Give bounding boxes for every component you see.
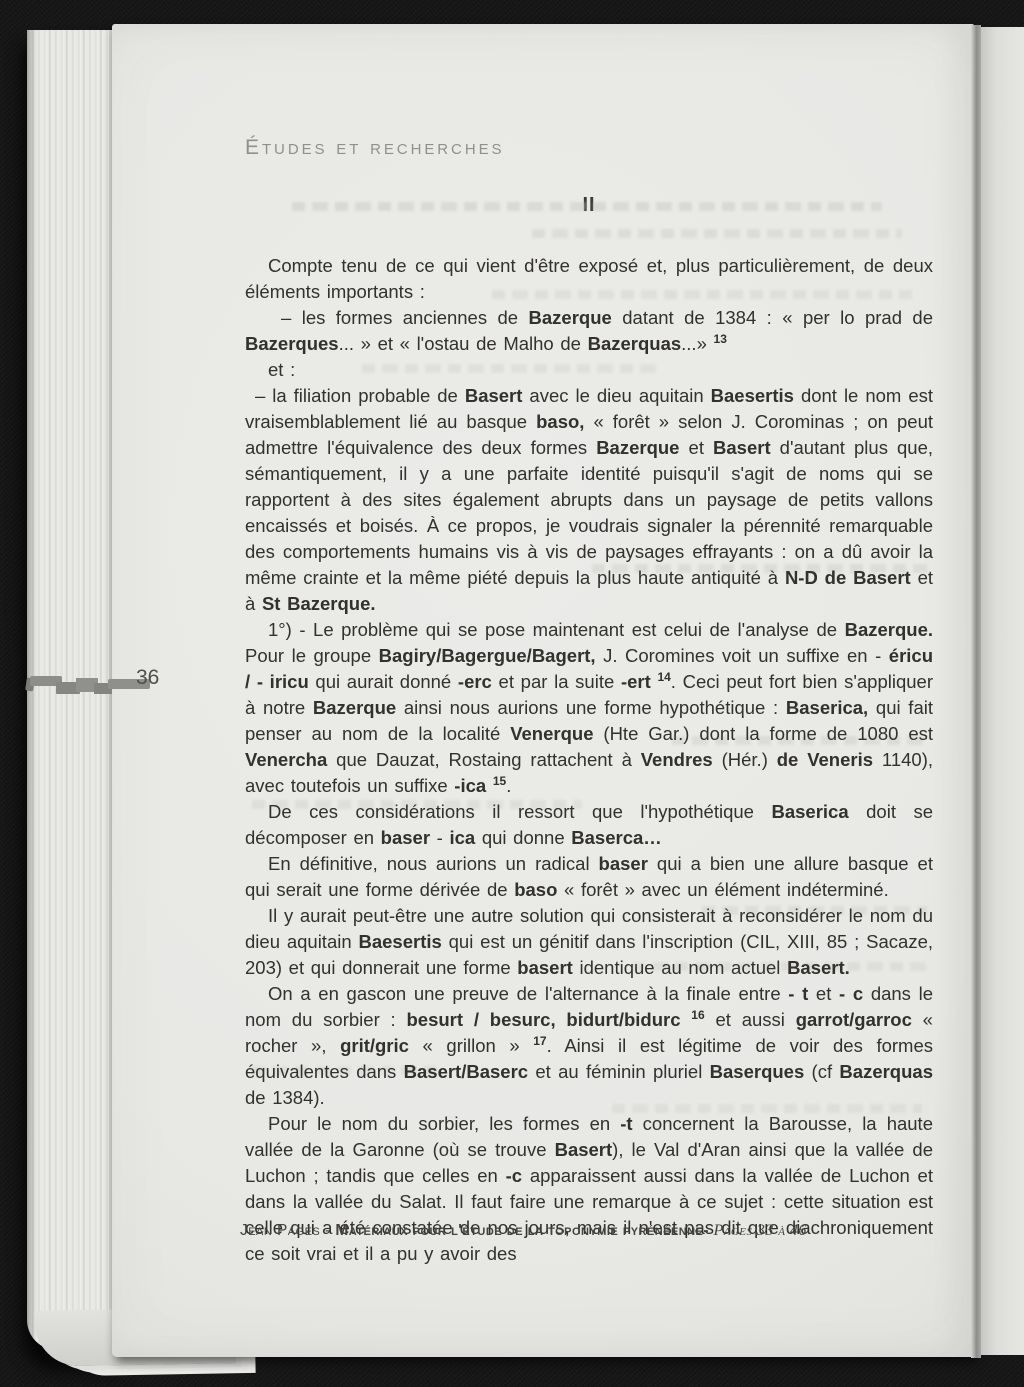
footnote-reference: 13	[714, 332, 727, 346]
text-run: Basert	[465, 385, 523, 406]
footnote-reference: 15	[493, 774, 506, 788]
paragraph: On a en gascon une preuve de l'alternanc…	[245, 981, 933, 1111]
paragraph: En définitive, nous aurions un radical b…	[245, 851, 933, 903]
text-run: ainsi nous aurions une forme hypothétiqu…	[396, 697, 786, 718]
text-run: Bazerquas	[839, 1061, 933, 1082]
text-run: J. Coromines voit un suffixe en -	[596, 645, 889, 666]
text-run: -	[430, 827, 449, 848]
text-run: grit/gric	[340, 1035, 409, 1056]
text-run: De ces considérations il ressort que l'h…	[268, 801, 771, 822]
paragraph: De ces considérations il ressort que l'h…	[245, 799, 933, 851]
text-run: qui donne	[475, 827, 571, 848]
text-run: -erc	[458, 671, 492, 692]
text-run: (Hér.)	[713, 749, 777, 770]
book-gutter-shadow	[971, 25, 981, 1358]
paragraph: et :	[245, 357, 933, 383]
text-run: et par la suite	[492, 671, 621, 692]
text-run: qui aurait donné	[309, 671, 458, 692]
text-run: Baserques	[710, 1061, 805, 1082]
text-run: Basert/Baserc	[404, 1061, 528, 1082]
text-run: Basert	[713, 437, 771, 458]
footnote-reference: 17	[533, 1034, 546, 1048]
text-run: Baserica,	[786, 697, 868, 718]
page-number: 36	[136, 666, 159, 690]
paragraph: 1°) - Le problème qui se pose maintenant…	[245, 617, 933, 799]
text-run: Baesertis	[358, 931, 441, 952]
bleedthrough-mark	[532, 229, 902, 238]
text-run: Venercha	[245, 749, 327, 770]
text-run: besurt / besurc, bidurt/bidurc	[407, 1009, 681, 1030]
text-run: ica	[450, 827, 476, 848]
text-run: – la filiation probable de	[255, 385, 465, 406]
text-run: Baserca…	[571, 827, 662, 848]
fore-edge-ink-mark	[28, 672, 136, 698]
text-run: ...»	[681, 333, 713, 354]
text-run: Bagiry/Bagergue/Bagert,	[379, 645, 596, 666]
text-run: Baesertis	[711, 385, 794, 406]
text-run: (cf	[804, 1061, 839, 1082]
paragraph: – les formes anciennes de Bazerque datan…	[245, 305, 933, 357]
paragraph: Il y aurait peut-être une autre solution…	[245, 903, 933, 981]
text-run: -ica	[454, 775, 486, 796]
text-run: de Veneris	[777, 749, 873, 770]
text-run: « forêt » avec un élément indéterminé.	[557, 879, 888, 900]
book-page: Études et recherches II Compte tenu de c…	[112, 24, 974, 1357]
text-run: basert	[517, 957, 573, 978]
text-run: Basert.	[787, 957, 850, 978]
text-run: baso,	[536, 411, 584, 432]
text-run: avec le dieu aquitain	[522, 385, 710, 406]
text-run: .	[506, 775, 511, 796]
text-run: -ert	[621, 671, 651, 692]
text-run: identique au nom actuel	[573, 957, 787, 978]
text-run: baso	[514, 879, 557, 900]
body-text: Compte tenu de ce qui vient d'être expos…	[245, 253, 933, 1267]
footer-work-title: Matériaux pour l'étude de la toponymie p…	[335, 1222, 709, 1239]
text-run: -c	[506, 1165, 522, 1186]
text-run: de 1384).	[245, 1087, 325, 1108]
text-run: Bazerque	[529, 307, 612, 328]
text-run: Venerque	[510, 723, 593, 744]
text-run: et aussi	[705, 1009, 796, 1030]
text-run: Bazerques	[245, 333, 339, 354]
text-run: datant de 1384 : « per lo prad de	[612, 307, 933, 328]
text-run: - c	[839, 983, 863, 1004]
text-run: – les formes anciennes de	[281, 307, 529, 328]
text-run: « grillon »	[409, 1035, 533, 1056]
text-run: garrot/garroc	[796, 1009, 912, 1030]
footer-dash: -	[320, 1222, 335, 1239]
running-head: Études et recherches	[245, 136, 505, 160]
text-run: -t	[620, 1113, 632, 1134]
text-run: Bazerque.	[845, 619, 933, 640]
facing-page-sliver	[981, 27, 1024, 1355]
text-run: ... » et « l'ostau de Malho de	[339, 333, 588, 354]
text-run: d'autant plus que, sémantiquement, il y …	[245, 437, 933, 588]
text-run: 1°) - Le problème qui se pose maintenant…	[268, 619, 845, 640]
text-run: Pour le groupe	[245, 645, 379, 666]
text-run: baser	[599, 853, 648, 874]
text-run: Bazerquas	[588, 333, 682, 354]
text-run: St Bazerque.	[262, 593, 376, 614]
text-run: et	[679, 437, 713, 458]
text-run: et au féminin pluriel	[528, 1061, 710, 1082]
text-run: On a en gascon une preuve de l'alternanc…	[268, 983, 788, 1004]
text-run: que Dauzat, Rostaing rattachent à	[327, 749, 640, 770]
text-run: Compte tenu de ce qui vient d'être expos…	[245, 255, 933, 302]
text-run	[680, 1009, 691, 1030]
footer-pages-range: Pages 33 à 46	[709, 1222, 807, 1239]
footer-line: Jean Pagès - Matériaux pour l'étude de l…	[240, 1222, 960, 1240]
section-number: II	[245, 194, 933, 217]
text-run: Pour le nom du sorbier, les formes en	[268, 1113, 620, 1134]
text-run: et	[808, 983, 839, 1004]
text-run: Basert	[555, 1139, 613, 1160]
text-run: N-D de Basert	[785, 567, 911, 588]
text-run: En définitive, nous aurions un radical	[268, 853, 599, 874]
footnote-reference: 14	[657, 670, 670, 684]
paragraph: Compte tenu de ce qui vient d'être expos…	[245, 253, 933, 305]
footer-author: Jean Pagès	[240, 1222, 320, 1239]
paragraph: Pour le nom du sorbier, les formes en -t…	[245, 1111, 933, 1267]
text-run: Bazerque	[313, 697, 396, 718]
text-run: et :	[268, 359, 295, 380]
text-run	[486, 775, 493, 796]
text-run: Bazerque	[596, 437, 679, 458]
text-run: - t	[788, 983, 808, 1004]
paragraph: – la filiation probable de Basert avec l…	[245, 383, 933, 617]
text-run: (Hte Gar.) dont la forme de 1080 est	[594, 723, 934, 744]
footnote-reference: 16	[691, 1008, 704, 1022]
text-run: Baserica	[771, 801, 848, 822]
text-run: Vendres	[641, 749, 713, 770]
book-scan-scene: Études et recherches II Compte tenu de c…	[0, 0, 1024, 1387]
text-run: baser	[381, 827, 430, 848]
